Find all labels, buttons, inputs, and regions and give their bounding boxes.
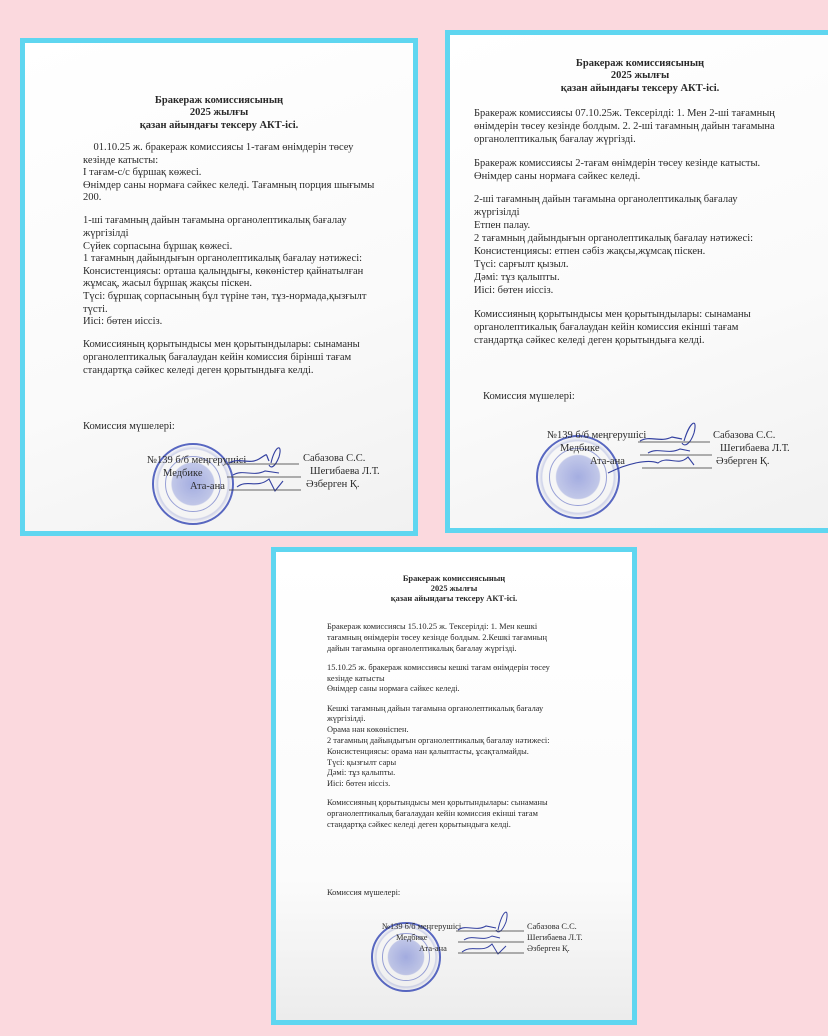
body-line (327, 790, 550, 798)
commission-members-label: Комиссия мүшелері: (83, 421, 175, 432)
handwritten-signature-icon (225, 439, 305, 495)
body-line: стандартқа сәйкес келеді деген қорытынды… (83, 365, 374, 378)
document-body: Бракераж комиссиясы 07.10.25ж. Тексерілд… (474, 107, 775, 347)
body-line: 2 тағамның дайындығын органолептикалық б… (327, 736, 550, 747)
body-line: Консистенциясы: орама нан қалыптасты, ұс… (327, 747, 550, 758)
body-line: Комиссияның қорытындысы мен қорытындылар… (474, 308, 775, 321)
body-line: органолептикалық бағалаудан кейін комисс… (83, 352, 374, 365)
document-body: Бракераж комиссиясы 15.10.25 ж. Тексеріл… (327, 622, 550, 831)
title-line: 2025 жылғы (450, 70, 828, 82)
body-line: Өнімдер саны нормаға сәйкес келеді. (474, 170, 775, 183)
body-line: 200. (83, 192, 374, 205)
signatory-name: Сабазова С.С. (303, 453, 365, 464)
body-line: Түсі: қызғылт сары (327, 758, 550, 769)
body-line: Бракераж комиссиясы 2-тағам өнімдерін тө… (474, 157, 775, 170)
body-line (327, 695, 550, 703)
body-line: Комиссияның қорытындысы мен қорытындылар… (327, 798, 550, 809)
body-line: Өнімдер саны нормаға сәйкес келеді. (327, 684, 550, 695)
signatory-name: Әзберген Қ. (716, 456, 770, 467)
body-line: 01.10.25 ж. бракераж комиссиясы 1-тағам … (83, 142, 374, 155)
signatory-name: Шегибаева Л.Т. (310, 466, 380, 477)
body-line: Дәмі: тұз қалыпты. (474, 271, 775, 284)
signatory-role: №139 б/б меңгерушісі (382, 922, 461, 931)
body-line: 1-ші тағамның дайын тағамына органолепти… (83, 215, 374, 228)
body-line (83, 205, 374, 216)
signatory-role: №139 б/б меңгерушісі (547, 430, 646, 441)
signatory-role: Ата-ана (419, 944, 447, 953)
body-line (474, 183, 775, 194)
body-line: кезінде катысты: (83, 155, 374, 168)
signatory-name: Әзберген Қ. (306, 479, 360, 490)
body-line (83, 329, 374, 340)
signatory-name: Әзберген Қ. (527, 944, 570, 953)
signatory-role: Медбике (163, 468, 203, 479)
body-line: 1 тағамның дайындығын органолептикалық б… (83, 253, 374, 266)
title-line: Бракераж комиссиясының (276, 574, 632, 584)
signatory-role: Ата-ана (190, 481, 225, 492)
title-line: қазан айындағы тексеру АКТ-ісі. (276, 594, 632, 604)
body-line: Иісі: бөтен иіссіз. (83, 316, 374, 329)
body-line: Бракераж комиссиясы 15.10.25 ж. Тексеріл… (327, 622, 550, 633)
signatory-role: Медбике (396, 933, 428, 942)
document-title: Бракераж комиссиясының2025 жылғықазан ай… (450, 58, 828, 95)
title-line: 2025 жылғы (25, 107, 413, 119)
body-line: Дәмі: тұз қалыпты. (327, 768, 550, 779)
document-title: Бракераж комиссиясының2025 жылғықазан ай… (25, 95, 413, 132)
body-line (474, 297, 775, 308)
signatory-name: Шегибаева Л.Т. (527, 933, 583, 942)
body-line: органолептикалық бағалаудан кейін комисс… (327, 809, 550, 820)
body-line: жүргізілді (474, 206, 775, 219)
body-line (474, 146, 775, 157)
body-line: Консистенциясы: етпен сәбіз жақсы,жұмсақ… (474, 245, 775, 258)
title-line: Бракераж комиссиясының (450, 58, 828, 70)
body-line: Кешкі тағамның дайын тағамына органолепт… (327, 704, 550, 715)
body-line: түсті. (83, 304, 374, 317)
signatory-role: Ата-ана (590, 456, 625, 467)
body-line: I тағам-с/с бұршақ көжесі. (83, 167, 374, 180)
body-line: Сүйек сорпасына бұршақ көжесі. (83, 241, 374, 254)
body-line: Түсі: сарғылт қызыл. (474, 258, 775, 271)
signatory-role: Медбике (560, 443, 600, 454)
body-line: Орама нан көкөніспен. (327, 725, 550, 736)
title-line: 2025 жылғы (276, 584, 632, 594)
body-line: Бракераж комиссиясы 07.10.25ж. Тексерілд… (474, 107, 775, 120)
title-line: Бракераж комиссиясының (25, 95, 413, 107)
body-line: Етпен палау. (474, 219, 775, 232)
commission-members-label: Комиссия мүшелері: (327, 888, 400, 897)
signatory-name: Сабазова С.С. (713, 430, 775, 441)
document-photo-1: Бракераж комиссиясының2025 жылғықазан ай… (20, 38, 418, 536)
body-line: органолептикалық бағалау жүргізді. (474, 133, 775, 146)
body-line: жұмсақ, жасыл бұршақ жақсы піскен. (83, 278, 374, 291)
body-line: Комиссияның қорытындысы мен қорытындылар… (83, 339, 374, 352)
paper-sheet: Бракераж комиссиясының2025 жылғықазан ай… (25, 43, 413, 531)
commission-members-label: Комиссия мүшелері: (483, 391, 575, 402)
body-line: жүргізілді (83, 228, 374, 241)
body-line: кезінде катысты (327, 674, 550, 685)
body-line: 2 тағамның дайындығын органолептикалық б… (474, 232, 775, 245)
document-photo-3: Бракераж комиссиясының2025 жылғықазан ай… (271, 547, 637, 1025)
handwritten-signature-icon (456, 904, 528, 960)
body-line: стандартқа сәйкес келеді деген қорытынды… (327, 820, 550, 831)
body-line: 2-ші тағамның дайын тағамына органолепти… (474, 193, 775, 206)
body-line: Түсі: бұршақ сорпасының бұл түріне тән, … (83, 291, 374, 304)
handwritten-signature-icon (638, 413, 718, 479)
body-line: Иісі: бөтен иіссіз. (327, 779, 550, 790)
body-line: Консистенциясы: орташа қалыңдығы, көкөні… (83, 266, 374, 279)
body-line: Өнімдер саны нормаға сәйкес келеді. Таға… (83, 180, 374, 193)
body-line: стандартқа сәйкес келеді деген қорытынды… (474, 334, 775, 347)
body-line: өнімдерін төсеу кезінде болдым. 2. 2-ші … (474, 120, 775, 133)
document-photo-2: Бракераж комиссиясының2025 жылғықазан ай… (445, 30, 828, 533)
paper-sheet: Бракераж комиссиясының2025 жылғықазан ай… (450, 35, 828, 528)
signatory-name: Сабазова С.С. (527, 922, 577, 931)
body-line: дайын тағамына органолептикалық бағалау … (327, 644, 550, 655)
body-line: жүргізілді. (327, 714, 550, 725)
signatory-name: Шегибаева Л.Т. (720, 443, 790, 454)
paper-sheet: Бракераж комиссиясының2025 жылғықазан ай… (276, 552, 632, 1020)
title-line: қазан айындағы тексеру АКТ-ісі. (450, 83, 828, 95)
body-line: тағамның өнімдерін төсеу кезінде болдым.… (327, 633, 550, 644)
body-line: органолептикалық бағалаудан кейін комисс… (474, 321, 775, 334)
body-line: Иісі: бөтен иіссіз. (474, 284, 775, 297)
body-line: 15.10.25 ж. бракераж комиссиясы кешкі та… (327, 663, 550, 674)
document-title: Бракераж комиссиясының2025 жылғықазан ай… (276, 574, 632, 604)
title-line: қазан айындағы тексеру АКТ-ісі. (25, 120, 413, 132)
body-line (327, 654, 550, 662)
document-body: 01.10.25 ж. бракераж комиссиясы 1-тағам … (83, 142, 374, 377)
